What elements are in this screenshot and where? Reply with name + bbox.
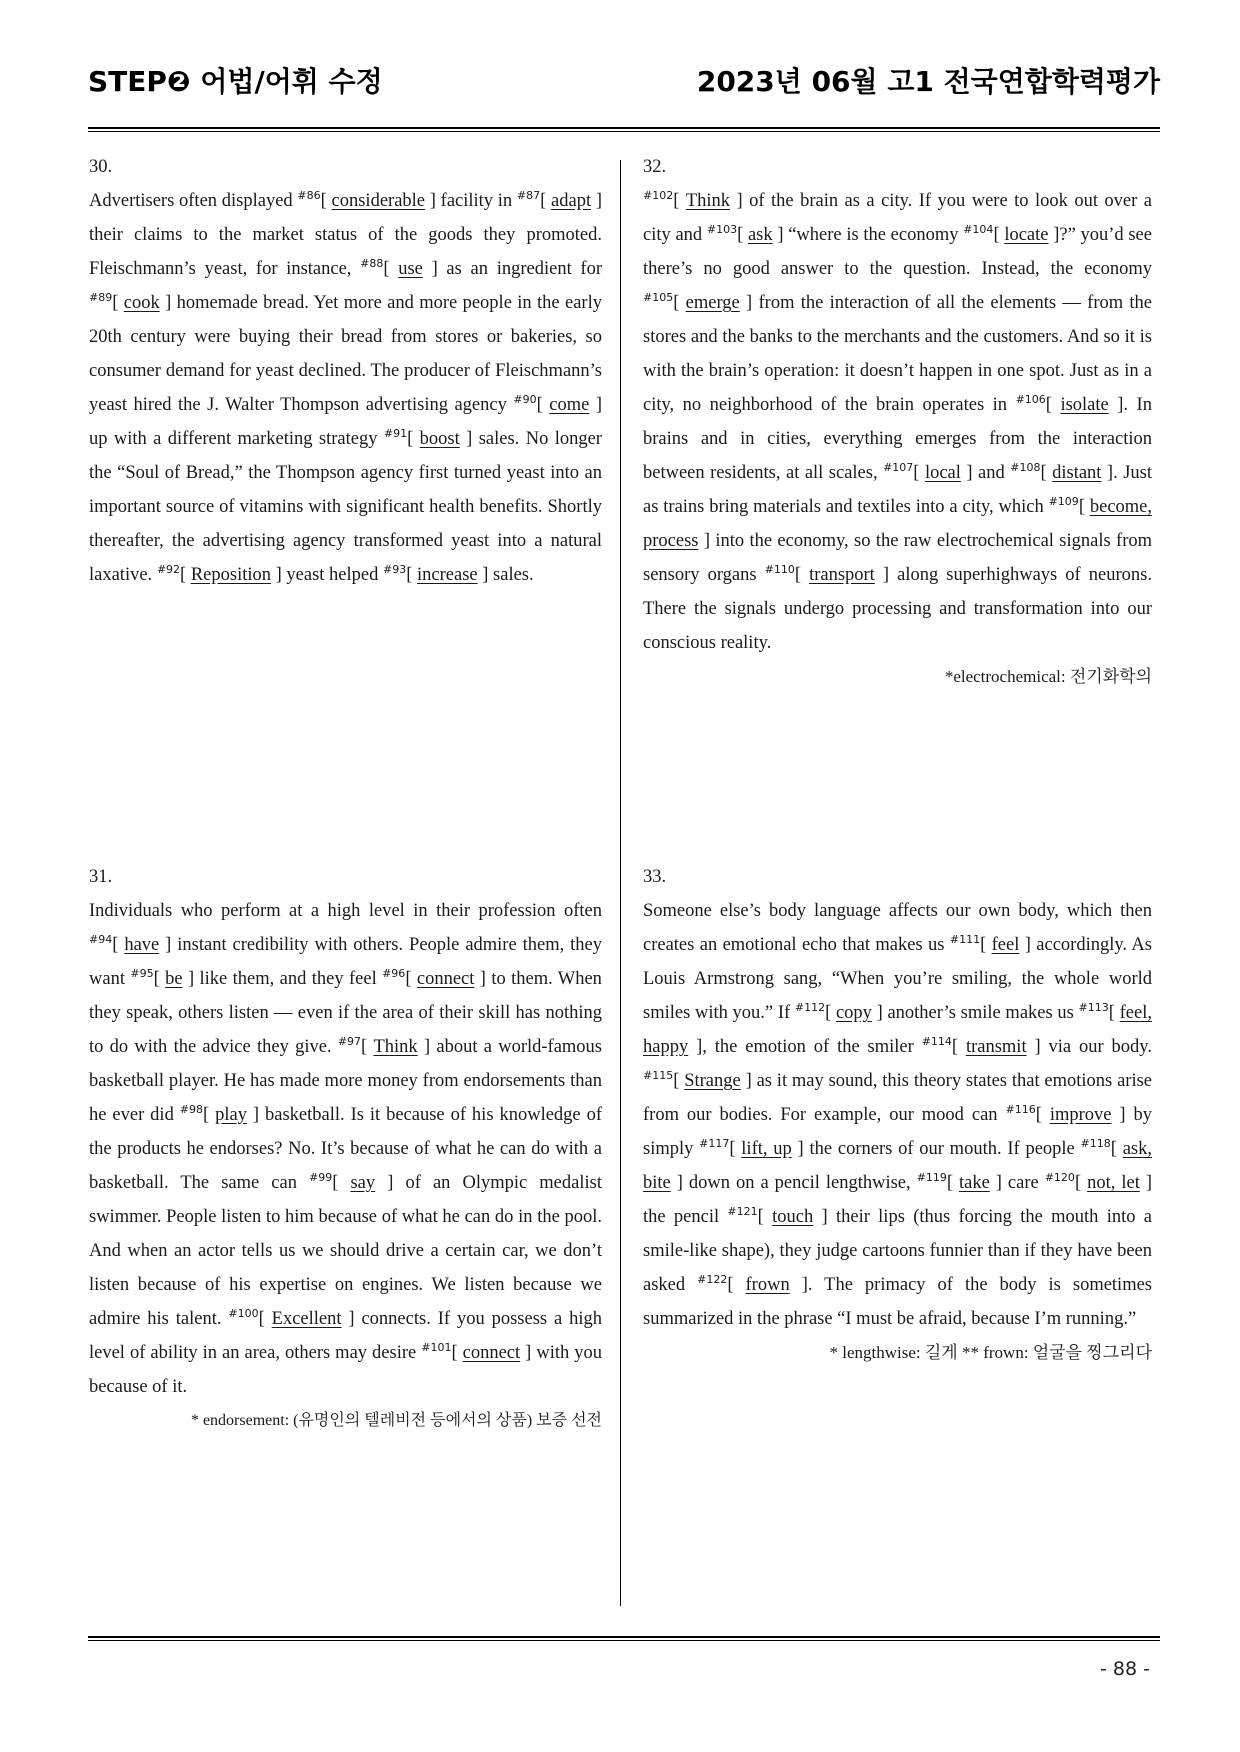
blank-word: Strange [684, 1071, 741, 1091]
blank-number: #103 [707, 223, 737, 236]
question-passage: Advertisers often displayed #86[ conside… [89, 184, 602, 592]
blank-word: transport [809, 565, 875, 585]
answer-blank: #116[ improve ] [1005, 1105, 1125, 1125]
footer-rule [88, 1636, 1160, 1641]
answer-blank: #98[ play ] [180, 1105, 259, 1125]
question-number: 32. [643, 150, 1152, 184]
answer-blank: #91[ boost ] [384, 429, 472, 449]
question-number: 30. [89, 150, 602, 184]
blank-word: Think [373, 1037, 417, 1057]
blank-number: #109 [1049, 495, 1079, 508]
answer-blank: #89[ cook ] [89, 293, 171, 313]
header-rule [88, 127, 1160, 132]
footnote: *electrochemical: 전기화학의 [643, 660, 1152, 694]
answer-blank: #104[ locate ] [963, 225, 1059, 245]
blank-number: #113 [1079, 1001, 1109, 1014]
blank-word: increase [417, 565, 478, 585]
blank-number: #87 [517, 189, 540, 202]
blank-word: connect [417, 969, 475, 989]
blank-number: #99 [309, 1171, 332, 1184]
answer-blank: #95[ be ] [130, 969, 194, 989]
blank-word: lift, up [741, 1139, 791, 1159]
answer-blank: #120[ not, let ] [1045, 1173, 1152, 1193]
blank-word: take [959, 1173, 990, 1193]
answer-blank: #100[ Excellent ] [228, 1309, 354, 1329]
blank-word: have [124, 935, 159, 955]
blank-number: #118 [1081, 1137, 1111, 1150]
answer-blank: #112[ copy ] [795, 1003, 883, 1023]
blank-number: #91 [384, 427, 407, 440]
blank-number: #96 [382, 967, 405, 980]
question-passage: #102[ Think ] of the brain as a city. If… [643, 184, 1152, 660]
answer-blank: #96[ connect ] [382, 969, 486, 989]
question-number: 31. [89, 860, 602, 894]
answer-blank: #88[ use ] [360, 259, 438, 279]
blank-number: #92 [157, 563, 180, 576]
answer-blank: #86[ considerable ] [297, 191, 436, 211]
blank-word: Reposition [191, 565, 271, 585]
exam-title: 2023년 06월 고1 전국연합학력평가 [697, 62, 1160, 102]
blank-word: boost [420, 429, 460, 449]
answer-blank: #93[ increase ] [383, 565, 488, 585]
answer-blank: #97[ Think ] [338, 1037, 430, 1057]
blank-number: #102 [643, 189, 673, 202]
blank-word: cook [124, 293, 160, 313]
answer-blank: #101[ connect ] [421, 1343, 531, 1363]
answer-blank: #107[ local ] [883, 463, 972, 483]
blank-word: play [215, 1105, 247, 1125]
blank-word: be [165, 969, 182, 989]
blank-number: #120 [1045, 1171, 1075, 1184]
blank-number: #106 [1016, 393, 1046, 406]
blank-word: Excellent [272, 1309, 342, 1329]
footnote: * endorsement: (유명인의 텔레비전 등에서의 상품) 보증 선전 [89, 1404, 602, 1438]
blank-word: not, let [1087, 1173, 1140, 1193]
blank-number: #111 [950, 933, 980, 946]
blank-word: considerable [332, 191, 426, 211]
answer-blank: #108[ distant ] [1010, 463, 1113, 483]
page-number: - 88 - [1100, 1658, 1150, 1680]
blank-number: #90 [513, 393, 536, 406]
question-31: 31. Individuals who perform at a high le… [89, 860, 602, 1438]
blank-number: #89 [89, 291, 112, 304]
question-32: 32. #102[ Think ] of the brain as a city… [643, 150, 1152, 694]
blank-word: local [925, 463, 961, 483]
blank-word: copy [836, 1003, 872, 1023]
blank-number: #94 [89, 933, 112, 946]
blank-word: adapt [551, 191, 591, 211]
blank-number: #121 [727, 1205, 757, 1218]
question-passage: Individuals who perform at a high level … [89, 894, 602, 1404]
footnote: * lengthwise: 길게 ** frown: 얼굴을 찡그리다 [643, 1336, 1152, 1370]
blank-number: #110 [765, 563, 795, 576]
blank-word: transmit [966, 1037, 1027, 1057]
answer-blank: #111[ feel ] [950, 935, 1031, 955]
blank-number: #114 [922, 1035, 952, 1048]
blank-number: #117 [699, 1137, 729, 1150]
blank-number: #100 [228, 1307, 258, 1320]
blank-word: emerge [686, 293, 740, 313]
blank-word: come [549, 395, 589, 415]
answer-blank: #92[ Reposition ] [157, 565, 282, 585]
blank-word: improve [1050, 1105, 1112, 1125]
answer-blank: #115[ Strange ] [643, 1071, 752, 1091]
answer-blank: #114[ transmit ] [922, 1037, 1041, 1057]
blank-word: frown [746, 1275, 790, 1295]
blank-number: #104 [963, 223, 993, 236]
question-passage: Someone else’s body language affects our… [643, 894, 1152, 1336]
blank-number: #101 [421, 1341, 451, 1354]
answer-blank: #122[ frown ] [697, 1275, 808, 1295]
blank-number: #95 [130, 967, 153, 980]
answer-blank: #94[ have ] [89, 935, 171, 955]
answer-blank: #119[ take ] [917, 1173, 1002, 1193]
answer-blank: #109[ become, process ] [643, 497, 1152, 551]
answer-blank: #117[ lift, up ] [699, 1139, 804, 1159]
blank-number: #122 [697, 1273, 727, 1286]
blank-number: #86 [297, 189, 320, 202]
answer-blank: #90[ come ] [513, 395, 602, 415]
answer-blank: #110[ transport ] [765, 565, 889, 585]
blank-number: #88 [360, 257, 383, 270]
blank-word: distant [1052, 463, 1101, 483]
blank-number: #119 [917, 1171, 947, 1184]
blank-word: ask [748, 225, 773, 245]
blank-word: connect [463, 1343, 521, 1363]
question-number: 33. [643, 860, 1152, 894]
blank-word: feel, happy [643, 1003, 1152, 1057]
blank-word: feel [992, 935, 1020, 955]
answer-blank: #102[ Think ] [643, 191, 743, 211]
blank-number: #98 [180, 1103, 203, 1116]
blank-word: touch [772, 1207, 813, 1227]
question-30: 30. Advertisers often displayed #86[ con… [89, 150, 602, 592]
answer-blank: #106[ isolate ] [1016, 395, 1124, 415]
section-title: STEP❷ 어법/어휘 수정 [88, 62, 383, 102]
blank-word: use [398, 259, 423, 279]
answer-blank: #99[ say ] [309, 1173, 393, 1193]
answer-blank: #121[ touch ] [727, 1207, 827, 1227]
answer-blank: #103[ ask ] [707, 225, 784, 245]
blank-number: #107 [883, 461, 913, 474]
blank-word: say [350, 1173, 375, 1193]
column-divider [620, 160, 621, 1606]
blank-number: #105 [643, 291, 673, 304]
blank-word: locate [1004, 225, 1048, 245]
answer-blank: #105[ emerge ] [643, 293, 752, 313]
blank-number: #93 [383, 563, 406, 576]
answer-blank: #87[ adapt ] [517, 191, 602, 211]
question-33: 33. Someone else’s body language affects… [643, 860, 1152, 1370]
answer-blank: #113[ feel, happy ] [643, 1003, 1152, 1057]
blank-word: isolate [1060, 395, 1108, 415]
blank-word: Think [686, 191, 730, 211]
blank-number: #116 [1005, 1103, 1035, 1116]
blank-number: #112 [795, 1001, 825, 1014]
blank-number: #108 [1010, 461, 1040, 474]
blank-number: #115 [643, 1069, 673, 1082]
blank-number: #97 [338, 1035, 361, 1048]
